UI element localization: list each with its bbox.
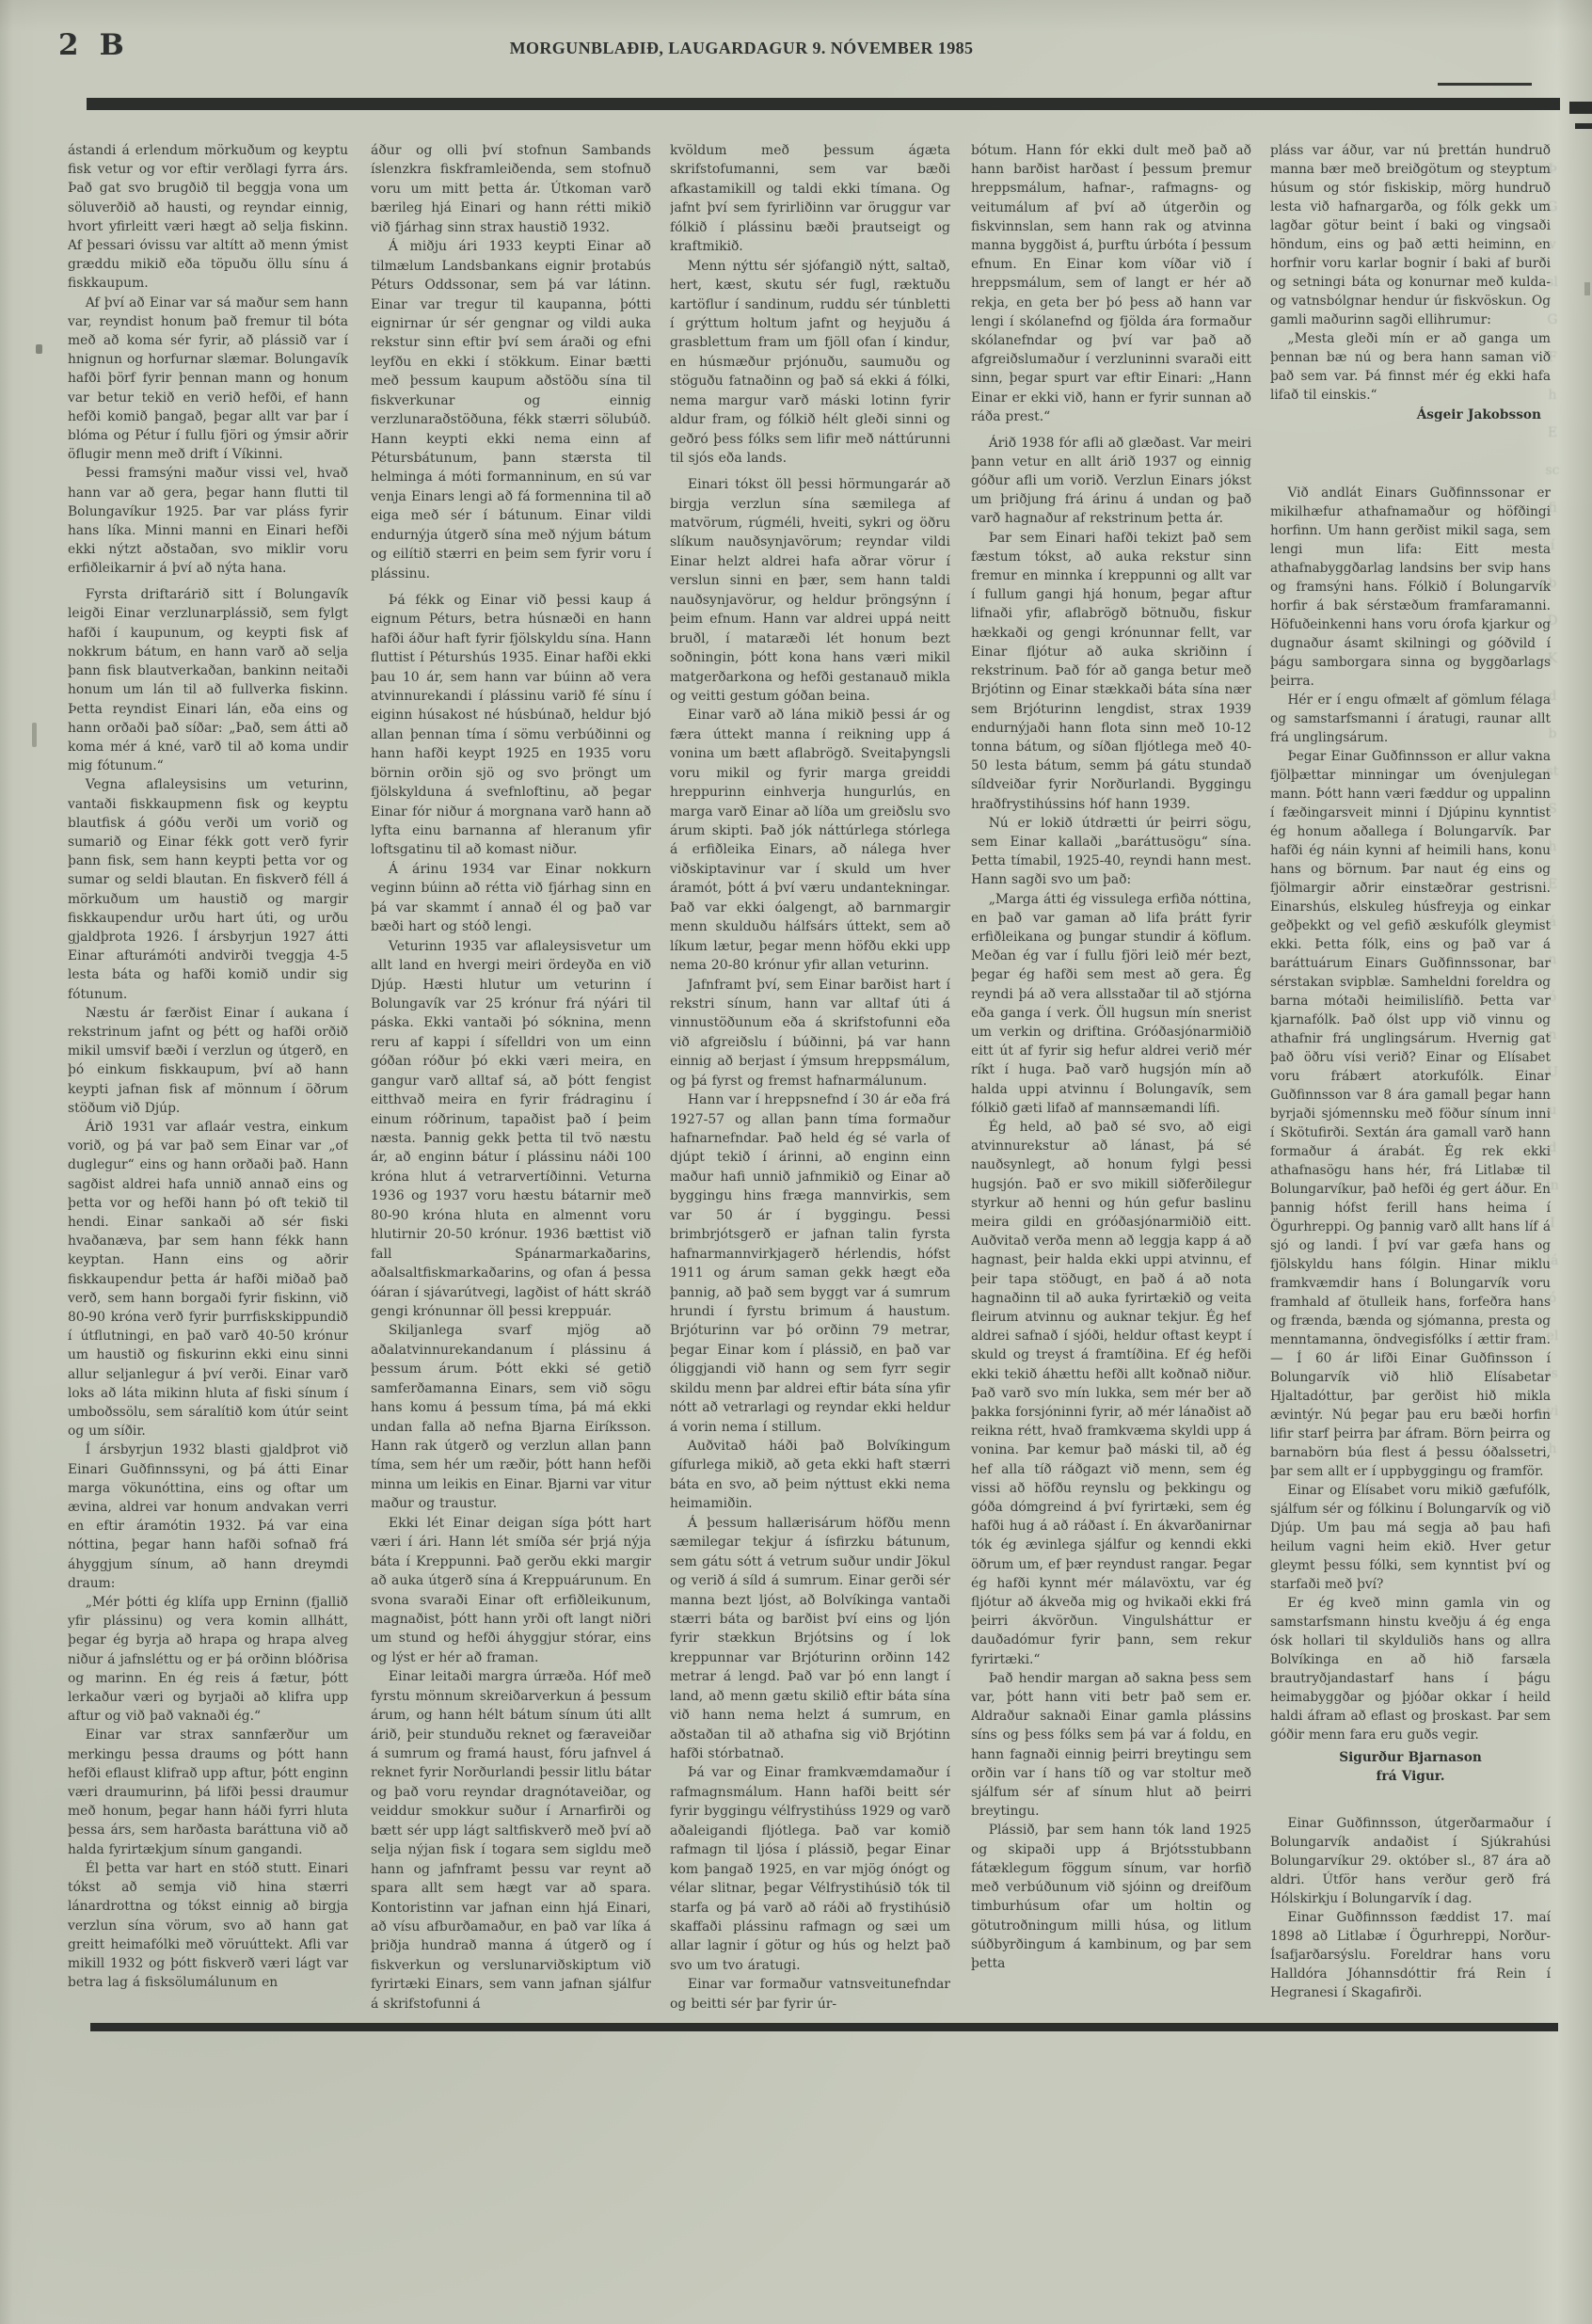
scan-speck: [1584, 282, 1590, 295]
paragraph: Einar Guðfinnsson fæddist 17. maí 1898 a…: [1270, 1908, 1551, 2002]
paragraph: Ég held, að það sé svo, að eigi atvinnur…: [971, 1118, 1251, 1669]
paragraph: bótum. Hann fór ekki dult með það að han…: [971, 141, 1251, 426]
paragraph: kvöldum með þessum ágæta skrifstofumanni…: [670, 141, 950, 257]
paragraph: Vegna aflaleysisins um veturinn, vantaði…: [68, 775, 348, 1003]
paragraph: Auðvitað háði það Bolvíkingum gífurlega …: [670, 1437, 950, 1514]
paragraph: Það hendir margan að sakna þess sem var,…: [971, 1669, 1251, 1822]
paragraph: Menn nýttu sér sjófangið nýtt, saltað, h…: [670, 257, 950, 469]
paragraph: Einar leitaði margra úrræða. Hóf með fyr…: [371, 1667, 651, 2014]
paragraph: Jafnframt því, sem Einar barðist hart í …: [670, 976, 950, 1091]
article-column-5: pláss var áður, var nú þrettán hundruð m…: [1270, 141, 1551, 2021]
top-rule-bar: [87, 98, 1560, 110]
paragraph: Él þetta var hart en stóð stutt. Einari …: [68, 1859, 348, 1992]
paragraph: Einar var formaður vatnsveitunefndar og …: [670, 1975, 950, 2014]
newspaper-page: 2B MORGUNBLAÐIÐ, LAUGARDAGUR 9. NÓVEMBER…: [0, 0, 1592, 2324]
article-column-2: áður og olli því stofnun Sambands íslenz…: [371, 141, 651, 2021]
paragraph: „Mér þótti ég klífa upp Erninn (fjallið …: [68, 1593, 348, 1726]
paragraph: Skiljanlega svarf mjög að aðalatvinnurek…: [371, 1321, 651, 1513]
paragraph: Á árinu 1934 var Einar nokkurn veginn bú…: [371, 860, 651, 937]
paragraph: Þar sem Einari hafði tekizt það sem fæst…: [971, 529, 1251, 814]
top-rule-bar-fragment: [1569, 102, 1592, 114]
byline: Ásgeir Jakobsson: [1270, 406, 1551, 424]
article-column-3: kvöldum með þessum ágæta skrifstofumanni…: [670, 141, 950, 2021]
paragraph: pláss var áður, var nú þrettán hundruð m…: [1270, 141, 1551, 329]
paragraph: Á þessum hallærisárum höfðu menn sæmileg…: [670, 1514, 950, 1764]
paragraph: Einar varð að lána mikið þessi ár og fær…: [670, 706, 950, 975]
paragraph: ástandi á erlendum mörkuðum og keyptu fi…: [68, 141, 348, 294]
paragraph: Þessi framsýni maður vissi vel, hvað han…: [68, 464, 348, 578]
article-column-4: bótum. Hann fór ekki dult með það að han…: [971, 141, 1251, 2021]
paragraph: Árið 1938 fór afli að glæðast. Var meiri…: [971, 434, 1251, 529]
paragraph: „Mesta gleði mín er að ganga um þennan b…: [1270, 329, 1551, 405]
paragraph: Einar og Elísabet voru mikið gæfufólk, s…: [1270, 1481, 1551, 1594]
paragraph: Veturinn 1935 var aflaleysisvetur um all…: [371, 937, 651, 1322]
paragraph: Þegar Einar Guðfinnsson er allur vakna f…: [1270, 747, 1551, 1481]
paragraph: Einar var strax sannfærður um merkingu þ…: [68, 1726, 348, 1858]
paragraph: Hér er í engu ofmælt af gömlum félaga og…: [1270, 691, 1551, 747]
paragraph: Þá var og Einar framkvæmdamaður í rafmag…: [670, 1763, 950, 1975]
paragraph: Einari tókst öll þessi hörmungarár að bi…: [670, 475, 950, 706]
paragraph: Árið 1931 var aflaár vestra, einkum vori…: [68, 1118, 348, 1441]
masthead: MORGUNBLAÐIÐ, LAUGARDAGUR 9. NÓVEMBER 19…: [0, 39, 1537, 58]
paragraph: Við andlát Einars Guðfinnssonar er mikil…: [1270, 484, 1551, 691]
article-column-1: ástandi á erlendum mörkuðum og keyptu fi…: [68, 141, 348, 2021]
paragraph: Er ég kveð minn gamla vin og samstarfsma…: [1270, 1594, 1551, 1744]
paragraph: Hann var í hreppsnefnd í 30 ár eða frá 1…: [670, 1090, 950, 1437]
bottom-rule-bar: [90, 2023, 1558, 2031]
paragraph: Fyrsta driftarárið sitt í Bolungavík lei…: [68, 585, 348, 775]
paragraph: Á miðju ári 1933 keypti Einar að tilmælu…: [371, 237, 651, 583]
paragraph: „Marga átti ég vissulega erfiða nóttina,…: [971, 890, 1251, 1118]
short-rule: [1438, 83, 1532, 86]
paragraph: Í ársbyrjun 1932 blasti gjaldþrot við Ei…: [68, 1441, 348, 1593]
paragraph: Af því að Einar var sá maður sem hann va…: [68, 294, 348, 465]
paragraph: Næstu ár færðist Einar í aukana í rekstr…: [68, 1004, 348, 1118]
paragraph: Plássið, þar sem hann tók land 1925 og s…: [971, 1821, 1251, 1973]
scan-speck: [36, 344, 42, 354]
top-edge-dash: [1575, 123, 1592, 129]
paragraph: Þá fékk og Einar við þessi kaup á eignum…: [371, 591, 651, 860]
paragraph: Ekki lét Einar deigan síga þótt hart vær…: [371, 1514, 651, 1668]
paragraph: Einar Guðfinnsson, útgerðarmaður í Bolun…: [1270, 1814, 1551, 1908]
byline: Sigurður Bjarnason frá Vigur.: [1270, 1748, 1551, 1786]
paragraph: Nú er lokið útdrætti úr þeirri sögu, sem…: [971, 814, 1251, 890]
margin-bleed-marks: Þ G v sl G F h E sc fi í b D K d b st S …: [1539, 151, 1566, 2221]
scan-speck: [32, 723, 37, 747]
paragraph: áður og olli því stofnun Sambands íslenz…: [371, 141, 651, 237]
